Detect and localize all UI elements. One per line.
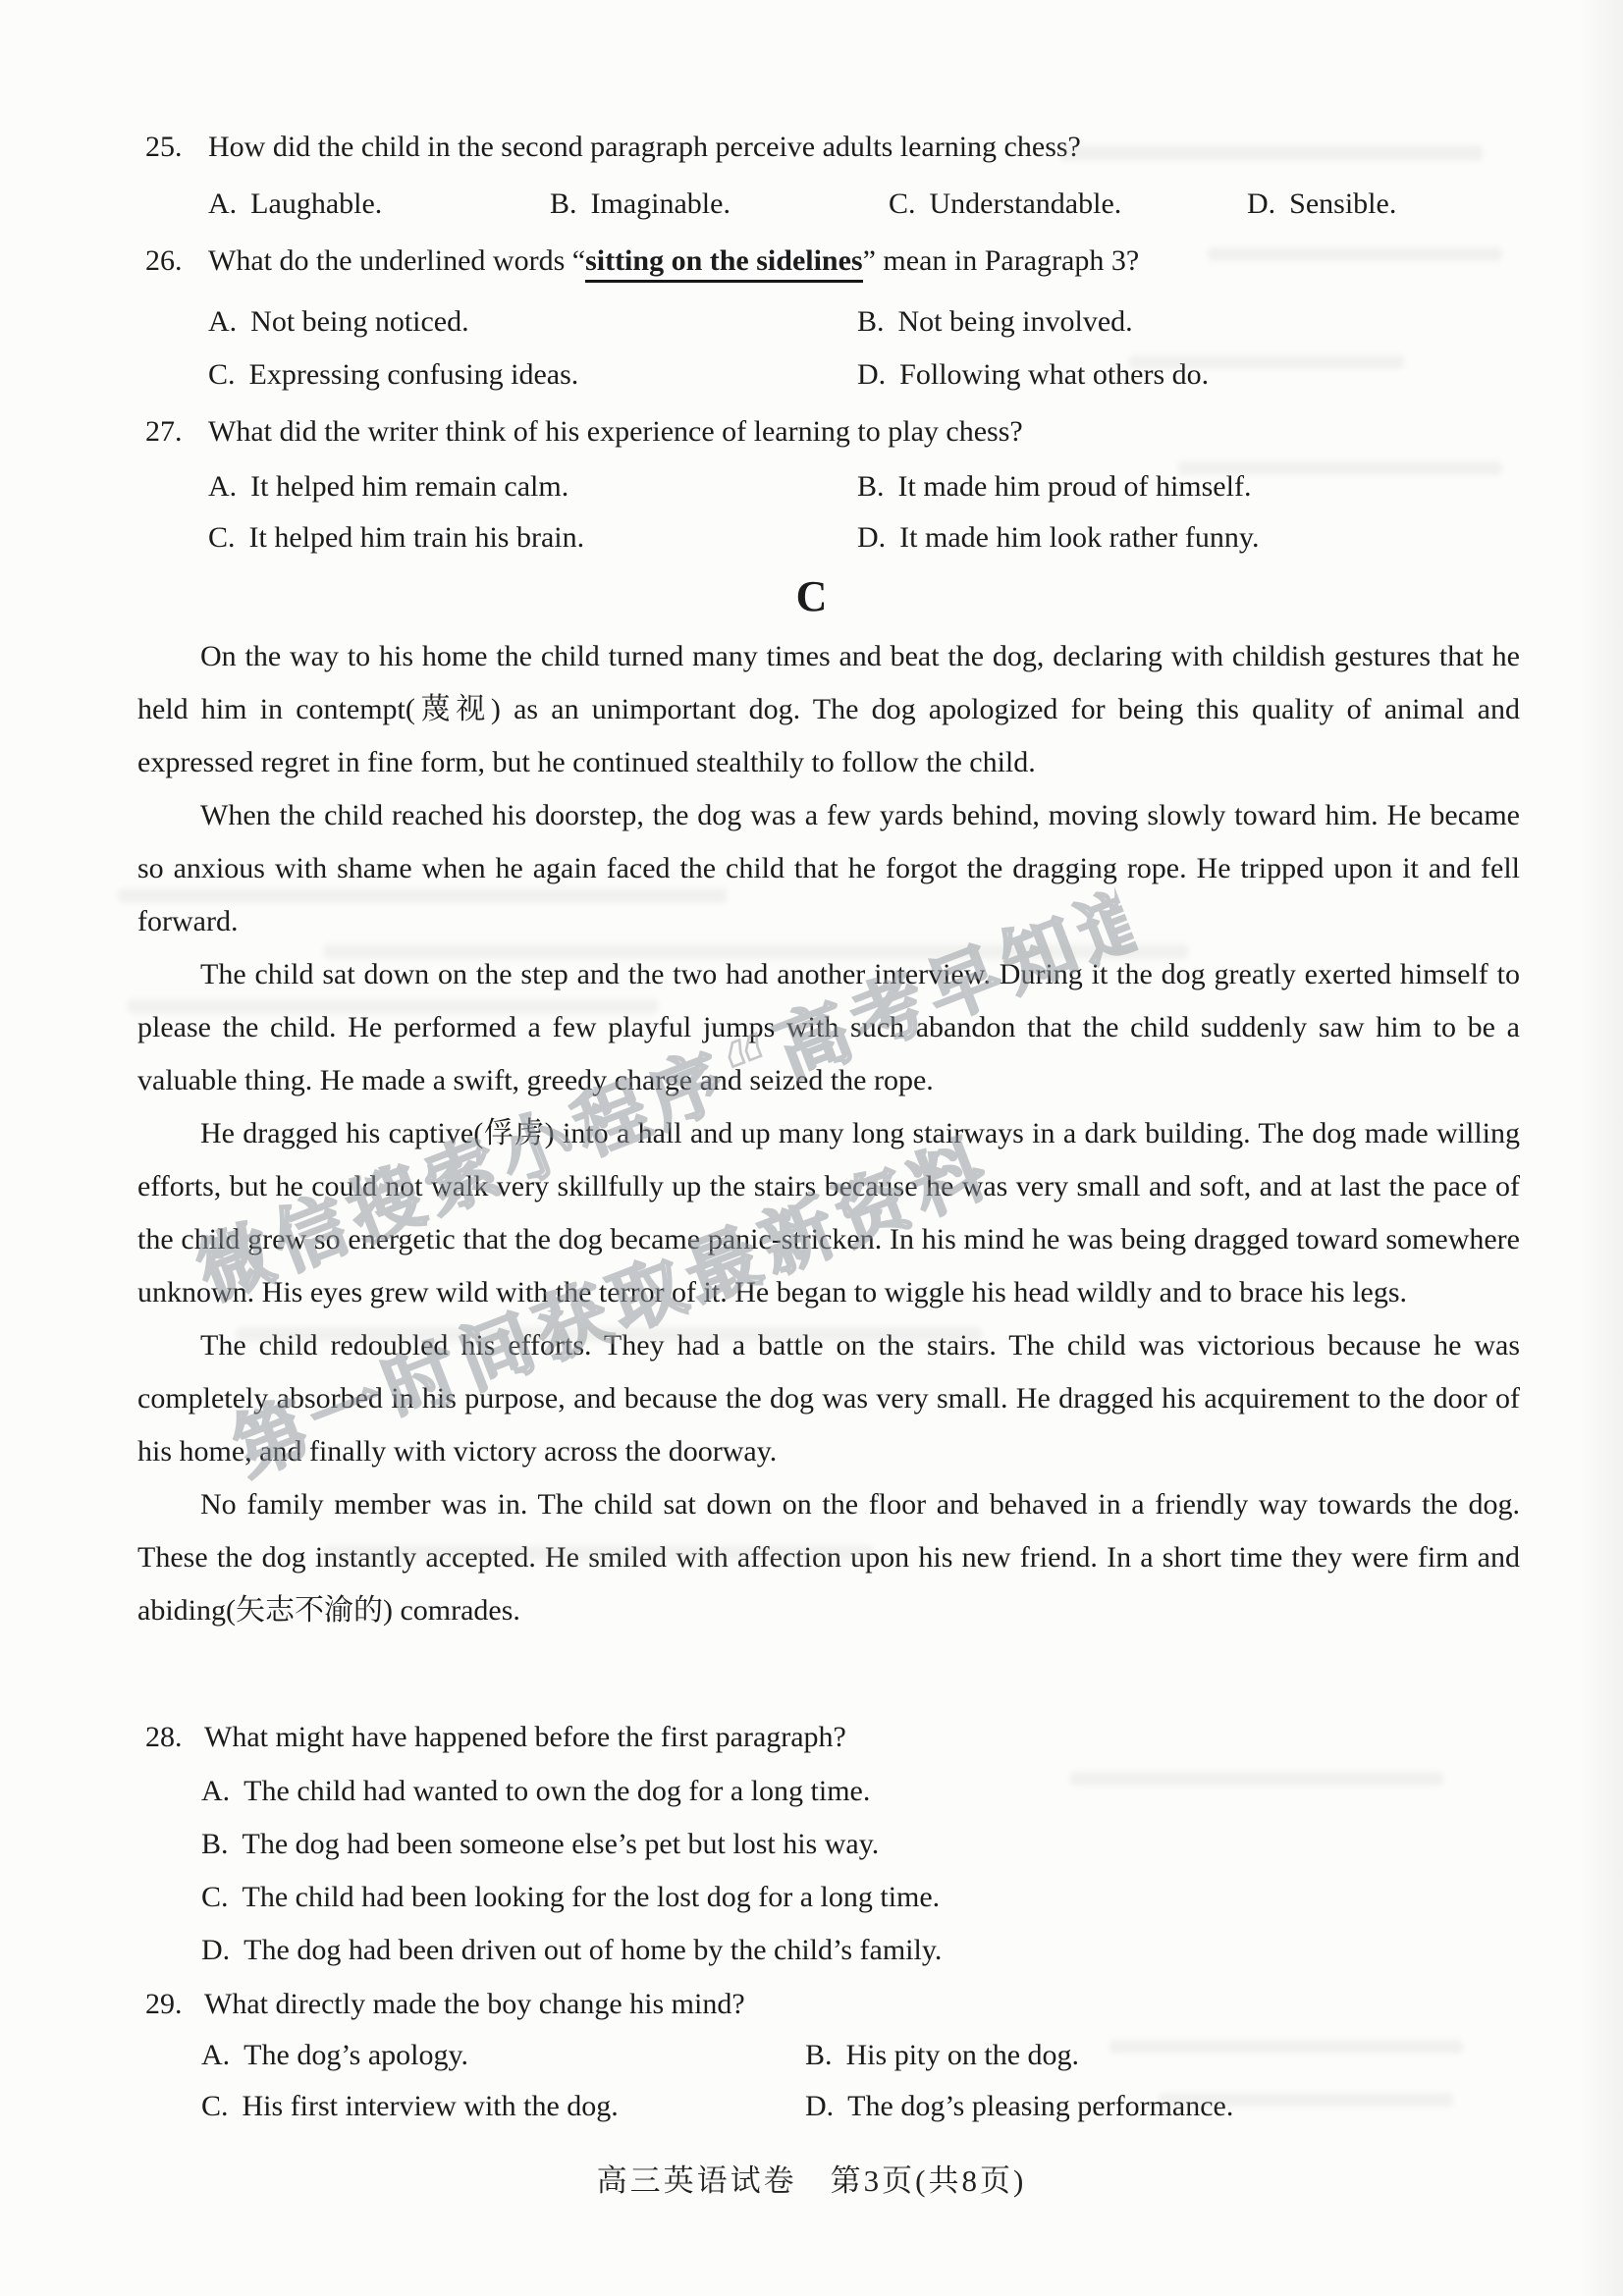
- option-label: C.: [889, 187, 916, 220]
- option-text: It helped him remain calm.: [250, 470, 568, 503]
- option-d: D.It made him look rather funny.: [857, 510, 1259, 565]
- option-label: C.: [208, 358, 236, 391]
- question-29-options-row-1: A.The dog’s apology. B.His pity on the d…: [201, 2028, 1623, 2083]
- passage-paragraph-3: The child sat down on the step and the t…: [137, 948, 1520, 1107]
- option-c: C.The child had been looking for the los…: [201, 1871, 1576, 1924]
- passage-paragraph-2: When the child reached his doorstep, the…: [137, 789, 1520, 948]
- passage-paragraph-5: The child redoubled his efforts. They ha…: [137, 1319, 1520, 1478]
- question-27-options-row-1: A.It helped him remain calm. B.It made h…: [145, 459, 1579, 514]
- option-label: D.: [857, 521, 886, 554]
- option-label: D.: [805, 2090, 834, 2122]
- question-27: 27.What did the writer think of his expe…: [145, 404, 1540, 459]
- option-text: The dog’s pleasing performance.: [847, 2090, 1233, 2122]
- question-number: 28.: [145, 1710, 204, 1765]
- question-25-options: A.Laughable. B.Imaginable. C.Understanda…: [145, 177, 1579, 232]
- option-d: D.The dog had been driven out of home by…: [201, 1924, 1576, 1977]
- option-c: C.Understandable.: [889, 177, 1121, 232]
- option-text: Sensible.: [1289, 187, 1396, 220]
- question-29-options-row-2: C.His first interview with the dog. D.Th…: [201, 2079, 1623, 2134]
- passage-paragraph-4: He dragged his captive(俘虏) into a hall a…: [137, 1107, 1520, 1319]
- option-label: A.: [201, 2039, 230, 2071]
- option-b: B.Not being involved.: [857, 294, 1133, 349]
- option-a: A.Not being noticed.: [208, 294, 469, 349]
- option-a: A.Laughable.: [208, 177, 382, 232]
- question-text: How did the child in the second paragrap…: [208, 131, 1081, 163]
- option-label: C.: [201, 2090, 229, 2122]
- option-c: C.Expressing confusing ideas.: [208, 347, 578, 402]
- passage-paragraph-1: On the way to his home the child turned …: [137, 630, 1520, 789]
- option-text: His pity on the dog.: [846, 2039, 1080, 2071]
- passage-section-heading: C: [0, 565, 1623, 628]
- option-text: Not being involved.: [898, 305, 1133, 338]
- option-a: A.It helped him remain calm.: [208, 459, 568, 514]
- option-text: The dog had been someone else’s pet but …: [243, 1828, 880, 1860]
- option-c: C.It helped him train his brain.: [208, 510, 584, 565]
- question-27-options-row-2: C.It helped him train his brain. D.It ma…: [145, 510, 1579, 565]
- option-label: C.: [201, 1881, 229, 1913]
- option-label: A.: [208, 305, 237, 338]
- option-b: B.His pity on the dog.: [805, 2028, 1079, 2083]
- question-29: 29.What directly made the boy change his…: [145, 1977, 1540, 2032]
- option-a: A.The child had wanted to own the dog fo…: [201, 1765, 1576, 1818]
- option-text: Laughable.: [250, 187, 382, 220]
- question-text: What directly made the boy change his mi…: [204, 1988, 745, 2020]
- option-text: The child had wanted to own the dog for …: [243, 1775, 870, 1807]
- option-text: Not being noticed.: [250, 305, 468, 338]
- question-number: 25.: [145, 120, 208, 175]
- option-text: Understandable.: [930, 187, 1122, 220]
- question-26: 26.What do the underlined words “sitting…: [145, 234, 1540, 289]
- option-text: The dog had been driven out of home by t…: [243, 1934, 942, 1966]
- question-number: 26.: [145, 234, 208, 289]
- option-text: Imaginable.: [591, 187, 730, 220]
- option-label: B.: [805, 2039, 833, 2071]
- option-label: A.: [208, 470, 237, 503]
- exam-page: 25.How did the child in the second parag…: [0, 0, 1623, 2296]
- option-text: The child had been looking for the lost …: [243, 1881, 941, 1913]
- option-label: B.: [201, 1828, 229, 1860]
- option-label: D.: [201, 1934, 230, 1966]
- passage-paragraph-6: No family member was in. The child sat d…: [137, 1478, 1520, 1637]
- option-label: B.: [857, 305, 885, 338]
- option-text: It helped him train his brain.: [249, 521, 585, 554]
- option-text: Expressing confusing ideas.: [249, 358, 579, 391]
- option-label: D.: [857, 358, 886, 391]
- option-label: D.: [1247, 187, 1275, 220]
- option-text: It made him proud of himself.: [898, 470, 1252, 503]
- option-label: C.: [208, 521, 236, 554]
- option-text: Following what others do.: [899, 358, 1209, 391]
- option-label: A.: [208, 187, 237, 220]
- question-text: What did the writer think of his experie…: [208, 415, 1023, 448]
- question-text: What might have happened before the firs…: [204, 1721, 846, 1753]
- option-a: A.The dog’s apology.: [201, 2028, 468, 2083]
- question-text-after: ” mean in Paragraph 3?: [863, 244, 1140, 277]
- option-b: B.The dog had been someone else’s pet bu…: [201, 1818, 1576, 1871]
- option-text: The dog’s apology.: [243, 2039, 468, 2071]
- page-footer: 高三英语试卷 第3页(共8页): [0, 2156, 1623, 2200]
- option-label: B.: [857, 470, 885, 503]
- question-28: 28.What might have happened before the f…: [145, 1710, 1540, 1765]
- question-text-before: What do the underlined words “: [208, 244, 585, 277]
- question-26-options-row-1: A.Not being noticed. B.Not being involve…: [145, 294, 1579, 349]
- option-d: D.The dog’s pleasing performance.: [805, 2079, 1233, 2134]
- option-label: B.: [550, 187, 577, 220]
- option-d: D.Following what others do.: [857, 347, 1209, 402]
- option-c: C.His first interview with the dog.: [201, 2079, 619, 2134]
- option-b: B.It made him proud of himself.: [857, 459, 1251, 514]
- option-text: It made him look rather funny.: [899, 521, 1259, 554]
- reading-passage: On the way to his home the child turned …: [137, 630, 1520, 1637]
- question-25: 25.How did the child in the second parag…: [145, 120, 1540, 175]
- option-text: His first interview with the dog.: [243, 2090, 619, 2122]
- question-number: 27.: [145, 404, 208, 459]
- option-b: B.Imaginable.: [550, 177, 730, 232]
- option-d: D.Sensible.: [1247, 177, 1396, 232]
- question-number: 29.: [145, 1977, 204, 2032]
- question-26-options-row-2: C.Expressing confusing ideas. D.Followin…: [145, 347, 1579, 402]
- underlined-phrase: sitting on the sidelines: [585, 244, 863, 283]
- option-label: A.: [201, 1775, 230, 1807]
